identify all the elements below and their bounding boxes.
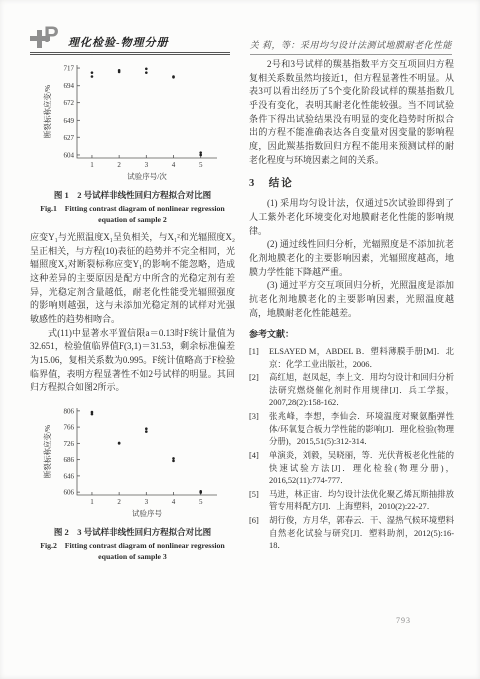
reference-text: ELSAYED M，ABDEL B．塑料薄膜手册[M]．北京：化学工业出版社，2… — [269, 346, 454, 371]
figure-1: 71769467264962760412345试验序号/次断裂标称应变/% 图 … — [30, 58, 235, 226]
fig1-scatter-chart: 71769467264962760412345试验序号/次断裂标称应变/% — [41, 58, 225, 182]
journal-brand: P 理化检验-物理分册 — [30, 26, 230, 55]
journal-name: 理化检验-物理分册 — [68, 34, 169, 50]
svg-text:2: 2 — [117, 161, 121, 169]
fig2-caption-en: Fig.2 Fitting contrast diagram of nonlin… — [30, 540, 235, 563]
reference-item: [6] 胡行俊，方月华，郭春云．干、湿热气候环境塑料自然老化试验与研究[J]．塑… — [249, 515, 454, 553]
svg-text:726: 726 — [63, 440, 74, 448]
svg-text:试验序号/次: 试验序号/次 — [127, 171, 167, 181]
fig1-caption: 图 1 2 号试样非线性回归方程拟合对比图 Fig.1 Fitting cont… — [30, 189, 235, 226]
svg-text:2: 2 — [117, 498, 121, 506]
svg-text:4: 4 — [171, 498, 175, 506]
svg-text:806: 806 — [63, 407, 74, 415]
svg-text:627: 627 — [63, 134, 74, 142]
reference-label: [4] — [249, 450, 269, 488]
reference-item: [2] 高红旭，赵凤起，李上文．用均匀设计和回归分析法研究燃烧催化剂时作用规律[… — [249, 372, 454, 410]
reference-label: [3] — [249, 411, 269, 449]
page-number: 793 — [396, 616, 411, 625]
svg-text:646: 646 — [63, 472, 74, 480]
reference-item: [4] 单演炎，刘毅，吴晓丽，等．光伏背板老化性能的快速试验方法[J]．理化检验… — [249, 450, 454, 488]
reference-item: [3] 张兆峰，李想，李仙会．环境温度对聚氨酯弹性体/环氧复合板力学性能的影响[… — [249, 411, 454, 449]
fig2-caption-cn: 图 2 3 号试样非线性回归方程拟合对比图 — [30, 526, 235, 539]
reference-label: [5] — [249, 489, 269, 514]
left-column: 71769467264962760412345试验序号/次断裂标称应变/% 图 … — [30, 58, 235, 568]
paper-page: P 理化检验-物理分册 关 莉，等：采用均匀设计法测试地膜耐老化性能 71769… — [0, 0, 480, 679]
fig2-caption: 图 2 3 号试样非线性回归方程拟合对比图 Fig.2 Fitting cont… — [30, 526, 235, 563]
conclusion-item: (1) 采用均匀设计法，仅通过5次试验即得到了人工紫外老化环境变化对地膜耐老化性… — [249, 197, 454, 238]
svg-text:断裂标称应变/%: 断裂标称应变/% — [42, 425, 52, 478]
section-heading: 3 结论 — [249, 176, 454, 192]
svg-text:604: 604 — [63, 151, 74, 159]
paragraph: 应变Y₁与光照温度X₁呈负相关，与X₁²和光辐照度X₂呈正相关，与方程(10)表… — [30, 231, 235, 327]
reference-text: 张兆峰，李想，李仙会．环境温度对聚氨酯弹性体/环氧复合板力学性能的影响[J]．理… — [269, 411, 454, 449]
figure-2: 80676672668664660612345试验序号断裂标称应变/% 图 2 … — [30, 401, 235, 563]
page-header: P 理化检验-物理分册 关 莉，等：采用均匀设计法测试地膜耐老化性能 — [30, 26, 452, 55]
conclusion-item: (3) 通过平方交互项回归分析，光照温度是添加抗老化剂地膜老化的主要影响因素，光… — [249, 279, 454, 320]
reference-text: 胡行俊，方月华，郭春云．干、湿热气候环境塑料自然老化试验与研究[J]．塑料助剂，… — [269, 515, 454, 553]
svg-text:766: 766 — [63, 424, 74, 432]
right-column: 2号和3号试样的羰基指数平方交互项回归方程复相关系数虽然均接近1，但方程显著性不… — [249, 58, 454, 568]
reference-item: [5] 马进，林正宙．均匀设计法优化聚乙烯瓦斯抽排放管专用料配方[J]．上海塑料… — [249, 489, 454, 514]
svg-text:5: 5 — [198, 161, 202, 169]
journal-logo-icon: P — [30, 26, 64, 50]
svg-text:686: 686 — [63, 456, 74, 464]
fig1-caption-cn: 图 1 2 号试样非线性回归方程拟合对比图 — [30, 189, 235, 202]
svg-text:1: 1 — [90, 498, 94, 506]
svg-text:5: 5 — [198, 498, 202, 506]
reference-label: [1] — [249, 346, 269, 371]
svg-text:694: 694 — [63, 82, 74, 90]
svg-text:672: 672 — [63, 99, 74, 107]
running-title: 关 莉，等：采用均匀设计法测试地膜耐老化性能 — [250, 38, 452, 55]
svg-text:606: 606 — [63, 489, 74, 497]
reference-text: 高红旭，赵凤起，李上文．用均匀设计和回归分析法研究燃烧催化剂时作用规律[J]．兵… — [269, 372, 454, 410]
svg-text:4: 4 — [171, 161, 175, 169]
svg-text:3: 3 — [144, 161, 148, 169]
conclusion-item: (2) 通过线性回归分析，光辐照度是不添加抗老化剂地膜老化的主要影响因素，光辐照… — [249, 238, 454, 279]
reference-text: 马进，林正宙．均匀设计法优化聚乙烯瓦斯抽排放管专用料配方[J]．上海塑料，201… — [269, 489, 454, 514]
svg-text:断裂标称应变/%: 断裂标称应变/% — [42, 85, 52, 138]
svg-text:试验序号: 试验序号 — [132, 508, 162, 518]
svg-text:1: 1 — [90, 161, 94, 169]
reference-item: [1] ELSAYED M，ABDEL B．塑料薄膜手册[M]．北京：化学工业出… — [249, 346, 454, 371]
fig1-caption-en: Fig.1 Fitting contrast diagram of nonlin… — [30, 203, 235, 226]
svg-text:717: 717 — [63, 65, 74, 73]
svg-text:649: 649 — [63, 117, 74, 125]
reference-text: 单演炎，刘毅，吴晓丽，等．光伏背板老化性能的快速试验方法[J]．理化检验(物理分… — [269, 450, 454, 488]
references-heading: 参考文献： — [249, 328, 454, 342]
reference-label: [6] — [249, 515, 269, 553]
reference-label: [2] — [249, 372, 269, 410]
paragraph: 式(11)中显著水平置信限a＝0.13时F统计量值为32.651，检验值临界值F… — [30, 327, 235, 395]
two-column-body: 71769467264962760412345试验序号/次断裂标称应变/% 图 … — [30, 58, 454, 568]
fig2-scatter-chart: 80676672668664660612345试验序号断裂标称应变/% — [41, 401, 225, 519]
paragraph: 2号和3号试样的羰基指数平方交互项回归方程复相关系数虽然均接近1，但方程显著性不… — [249, 58, 454, 167]
svg-text:3: 3 — [144, 498, 148, 506]
